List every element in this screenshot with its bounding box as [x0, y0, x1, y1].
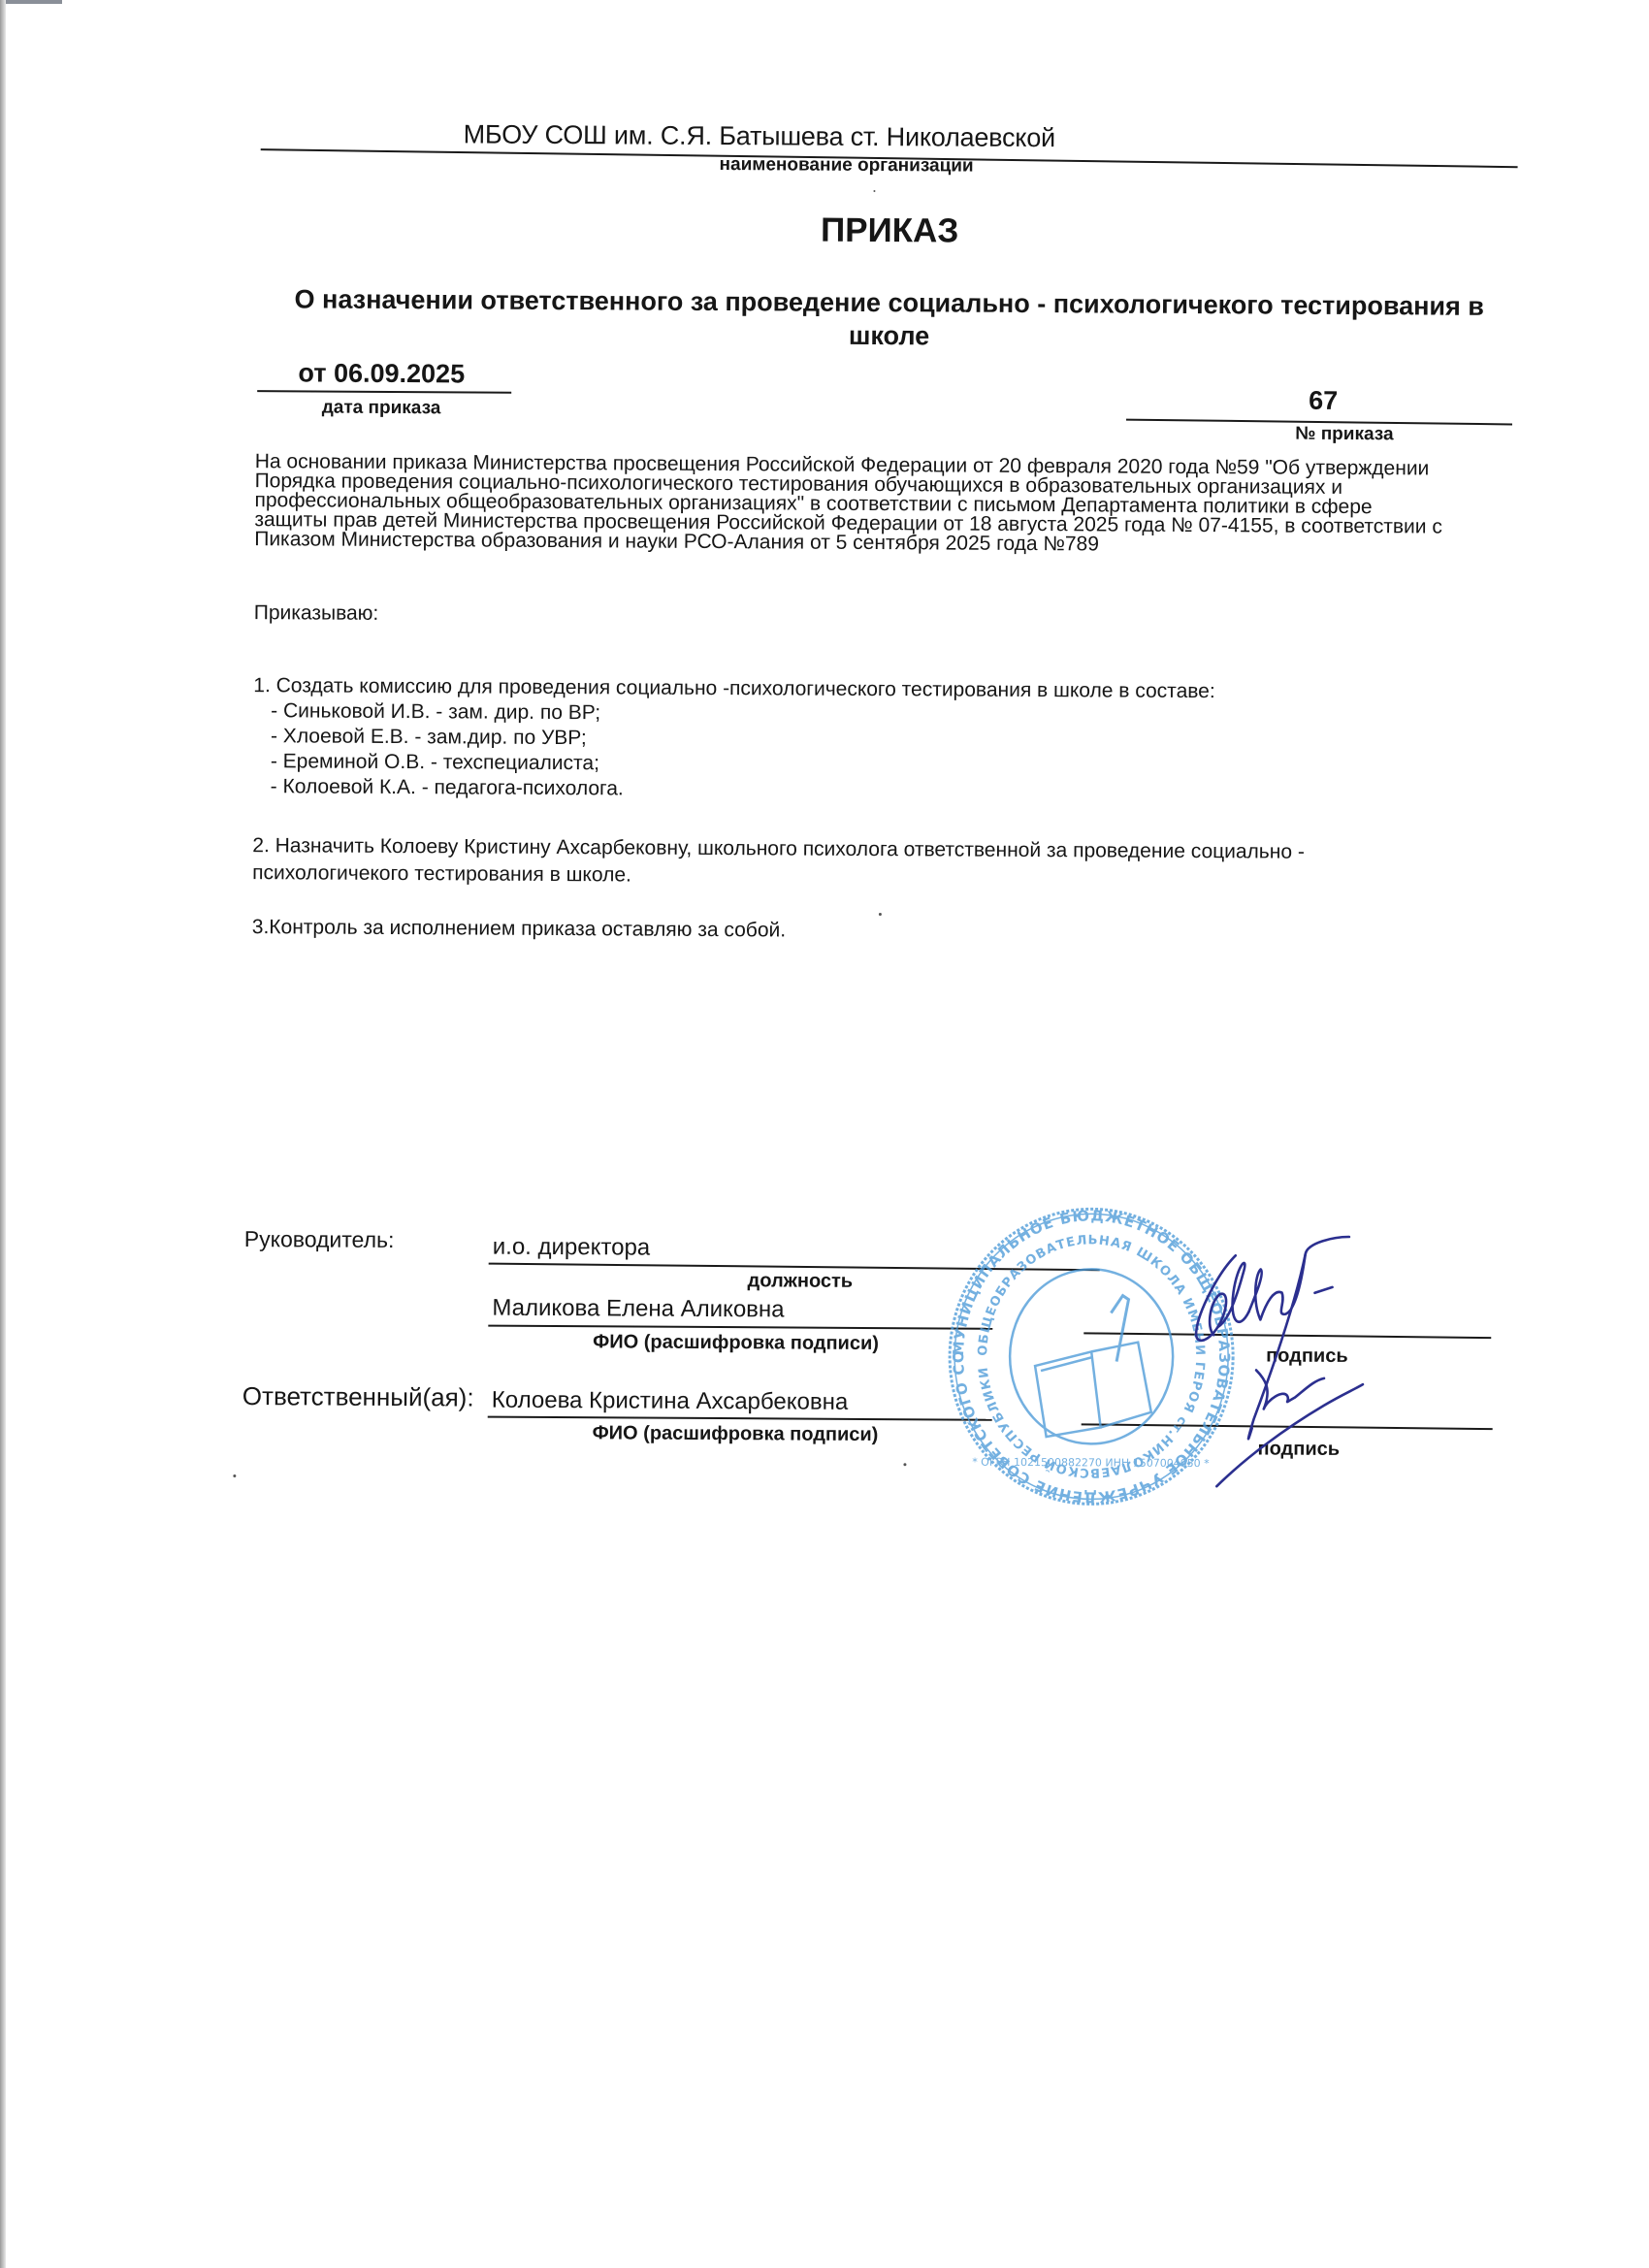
number-caption: № приказа	[1184, 423, 1504, 446]
order-date: от 06.09.2025	[255, 358, 507, 390]
order-document: МБОУ СОШ им. С.Я. Батышева ст. Николаевс…	[0, 0, 1649, 2268]
responsible-name-underline	[488, 1416, 992, 1421]
order-item-3: 3.Контроль за исполнением приказа оставл…	[252, 916, 786, 942]
scan-speck	[879, 913, 882, 916]
responsible-name: Колоева Кристина Ахсарбековна	[492, 1387, 849, 1416]
order-item-1: 1. Создать комиссию для проведения социа…	[253, 673, 1321, 806]
head-name: Маликова Елена Аликовна	[492, 1295, 784, 1324]
organization-caption: наименование организации	[624, 153, 1070, 178]
head-fio-caption: ФИО (расшифровка подписи)	[593, 1331, 879, 1355]
preamble: На основании приказа Министерства просве…	[254, 452, 1536, 557]
head-label: Руководитель:	[244, 1226, 395, 1253]
scan-speck	[903, 1463, 906, 1466]
handwritten-signature-icon	[1158, 1234, 1451, 1507]
date-caption: дата приказа	[255, 397, 507, 420]
scan-speck	[233, 1474, 236, 1477]
scan-speck	[873, 190, 875, 192]
head-position: и.о. директора	[493, 1234, 651, 1262]
order-number: 67	[1134, 385, 1512, 417]
orders-intro: Приказываю:	[254, 603, 379, 624]
page-title: ПРИКАЗ	[244, 208, 1535, 254]
responsible-fio-caption: ФИО (расшифровка подписи)	[593, 1422, 879, 1446]
order-item-2: 2. Назначить Колоеву Кристину Ахсарбеков…	[252, 832, 1416, 893]
commission-member: - Колоевой К.А. - педагога-психолога.	[253, 774, 1320, 806]
order-subject: О назначении ответственного за проведени…	[253, 282, 1524, 356]
organization-name: МБОУ СОШ им. С.Я. Батышева ст. Николаевс…	[255, 118, 1264, 154]
head-name-underline	[488, 1325, 992, 1330]
responsible-label: Ответственный(ая):	[242, 1381, 474, 1412]
date-underline	[257, 390, 511, 394]
position-caption: должность	[748, 1270, 854, 1293]
